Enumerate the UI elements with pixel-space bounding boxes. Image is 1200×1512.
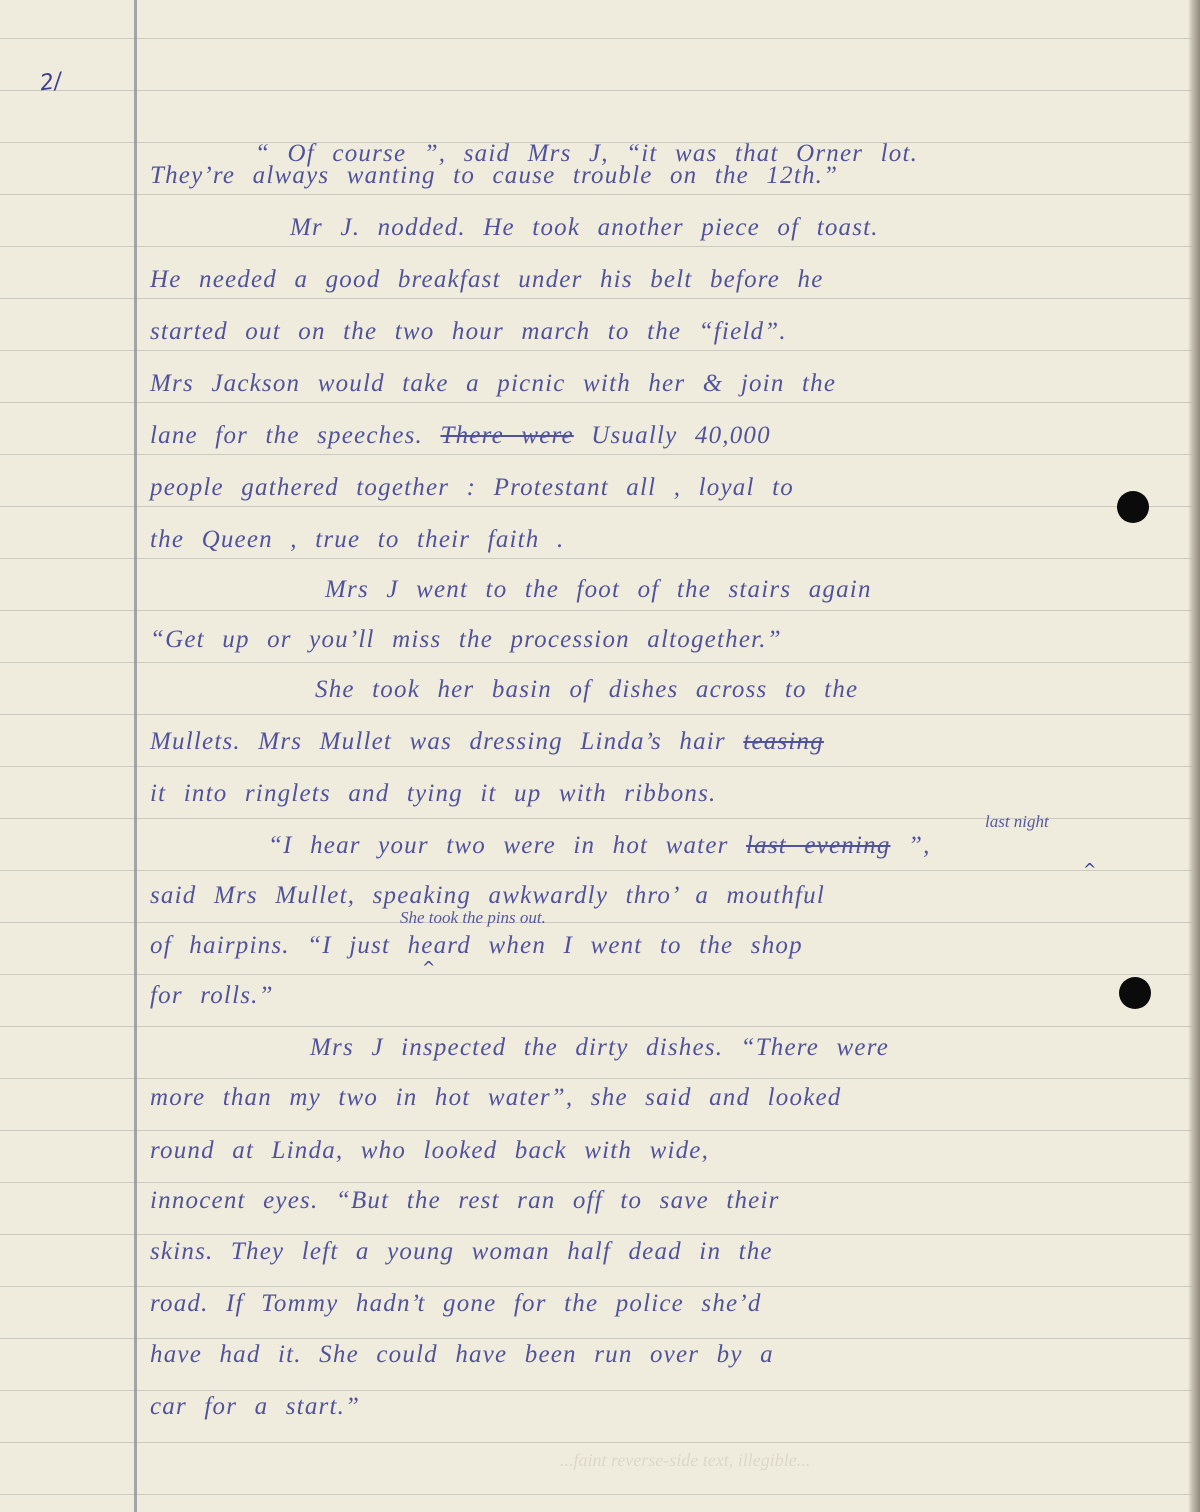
manuscript-line: more than my two in hot water”, she said… <box>150 1084 842 1112</box>
struck-text: last evening <box>746 832 891 859</box>
ruled-line <box>0 1494 1192 1495</box>
line-text: “I hear your two were in hot water <box>268 832 729 859</box>
ruled-line <box>0 766 1192 767</box>
ruled-line <box>0 1130 1192 1131</box>
ruled-line <box>0 1390 1192 1391</box>
ruled-line <box>0 922 1192 923</box>
margin-line <box>134 0 137 1512</box>
manuscript-line: She took her basin of dishes across to t… <box>315 676 858 704</box>
manuscript-line: Mrs J inspected the dirty dishes. “There… <box>310 1034 889 1062</box>
manuscript-line: lane for the speeches. There were Usuall… <box>150 422 771 450</box>
insertion-caret: ^ <box>1083 860 1096 879</box>
ruled-line <box>0 298 1192 299</box>
ruled-line <box>0 1442 1192 1443</box>
ruled-line <box>0 662 1192 663</box>
ruled-line <box>0 454 1192 455</box>
ruled-line <box>0 974 1192 975</box>
ruled-line <box>0 714 1192 715</box>
page-number: 2/ <box>38 69 63 97</box>
ruled-line <box>0 1286 1192 1287</box>
manuscript-line: Mullets. Mrs Mullet was dressing Linda’s… <box>150 728 824 756</box>
manuscript-line: car for a start.” <box>150 1393 360 1421</box>
ruled-line <box>0 1078 1192 1079</box>
ruled-line <box>0 1338 1192 1339</box>
punch-hole <box>1117 491 1149 523</box>
manuscript-line: the Queen , true to their faith . <box>150 526 564 554</box>
manuscript-line: Mrs Jackson would take a picnic with her… <box>150 370 836 398</box>
ruled-line <box>0 506 1192 507</box>
insertion-text: last night <box>985 812 1049 832</box>
manuscript-line: for rolls.” <box>150 982 274 1010</box>
line-text: Mullets. Mrs Mullet was dressing Linda’s… <box>150 728 726 755</box>
ruled-line <box>0 1234 1192 1235</box>
line-text: Usually 40,000 <box>591 422 771 449</box>
ruled-line <box>0 350 1192 351</box>
insertion-text: She took the pins out. <box>400 908 546 928</box>
manuscript-line: They’re always wanting to cause trouble … <box>150 162 838 190</box>
manuscript-line: skins. They left a young woman half dead… <box>150 1238 773 1266</box>
struck-text: There were <box>440 422 573 449</box>
ruled-line <box>0 610 1192 611</box>
manuscript-line: Mr J. nodded. He took another piece of t… <box>290 214 879 242</box>
manuscript-line: round at Linda, who looked back with wid… <box>150 1137 709 1165</box>
manuscript-line: said Mrs Mullet, speaking awkwardly thro… <box>150 882 825 910</box>
manuscript-line: road. If Tommy hadn’t gone for the polic… <box>150 1290 762 1318</box>
manuscript-line: have had it. She could have been run ove… <box>150 1341 774 1369</box>
manuscript-line: people gathered together : Protestant al… <box>150 474 794 502</box>
ruled-line <box>0 1182 1192 1183</box>
punch-hole <box>1119 977 1151 1009</box>
ruled-line <box>0 90 1192 91</box>
ruled-line <box>0 194 1192 195</box>
manuscript-line: started out on the two hour march to the… <box>150 318 787 346</box>
manuscript-line: Mrs J went to the foot of the stairs aga… <box>325 576 872 604</box>
ruled-line <box>0 402 1192 403</box>
ruled-line <box>0 38 1192 39</box>
ruled-line <box>0 870 1192 871</box>
ruled-line <box>0 558 1192 559</box>
struck-text: teasing <box>743 728 824 755</box>
ruled-line <box>0 1026 1192 1027</box>
manuscript-line: “Get up or you’ll miss the procession al… <box>150 626 782 654</box>
line-text: ”, <box>908 832 931 859</box>
manuscript-page: 2/ “ Of course ”, said Mrs J, “it was th… <box>0 0 1200 1512</box>
manuscript-line: “I hear your two were in hot water last … <box>268 832 931 860</box>
manuscript-line: it into ringlets and tying it up with ri… <box>150 780 716 808</box>
ruled-line <box>0 246 1192 247</box>
line-text: lane for the speeches. <box>150 422 423 449</box>
manuscript-line: He needed a good breakfast under his bel… <box>150 266 824 294</box>
insertion-caret: ^ <box>422 958 435 977</box>
manuscript-line: innocent eyes. “But the rest ran off to … <box>150 1187 780 1215</box>
manuscript-line: of hairpins. “I just heard when I went t… <box>150 932 803 960</box>
bleed-through-text: ...faint reverse-side text, illegible... <box>560 1450 810 1471</box>
